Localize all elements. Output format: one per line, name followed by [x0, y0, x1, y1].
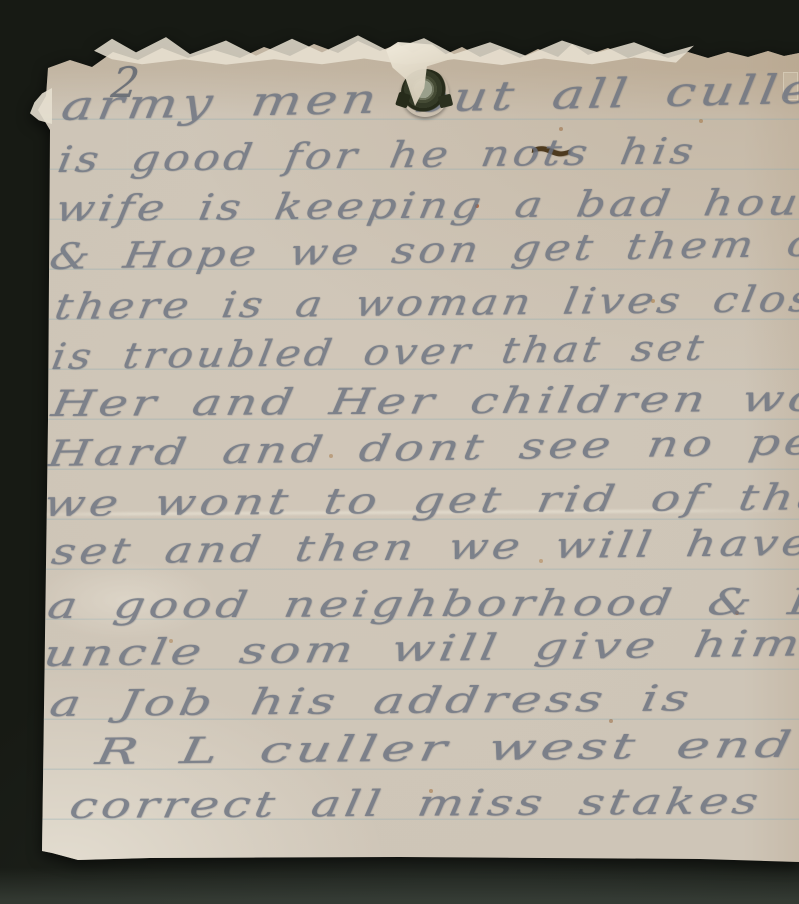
letter-sheet: 2 ~ army men but all culler is good for … — [0, 0, 799, 904]
paper-texture-specks — [0, 0, 2, 2]
handwriting-line-3: wife is keeping a bad house — [53, 182, 799, 230]
letter-sheet-wrapper: 2 ~ army men but all culler is good for … — [0, 0, 799, 904]
torn-edge-left-bump — [30, 88, 52, 124]
handwriting-line-14: R L culler west end — [93, 725, 799, 773]
handwriting-line-7: Her and Her children works — [49, 378, 799, 425]
handwriting-line-13: a Job his address is — [47, 678, 697, 725]
scanner-background: 2 ~ army men but all culler is good for … — [0, 0, 799, 904]
handwriting-line-9: we wont to get rid of that — [41, 477, 799, 525]
handwriting-line-15: correct all miss stakes — [67, 781, 766, 827]
handwriting-line-11: a good neighborhood & Hope — [44, 581, 799, 627]
handwriting-line-5: there is a woman lives clost — [52, 279, 799, 328]
